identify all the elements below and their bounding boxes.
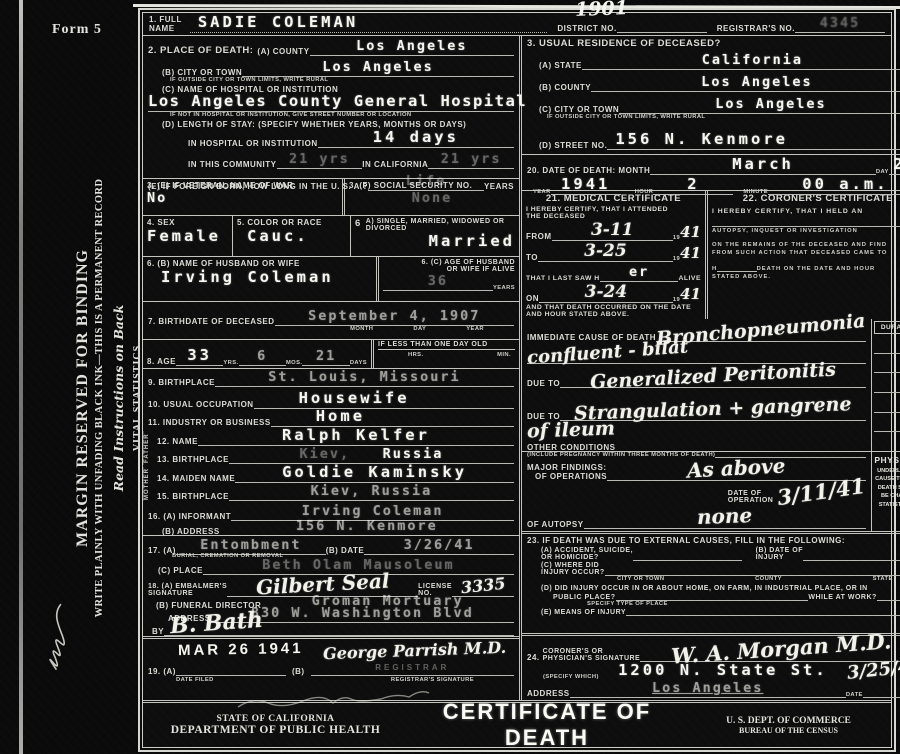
informant-section: 16. (A) INFORMANT Irving Coleman (B) ADD… — [143, 503, 519, 535]
pod-stay3-label: IN CALIFORNIA — [362, 160, 428, 169]
spouse-value: Irving Coleman — [147, 268, 372, 286]
disposition-date-label: (B) DATE — [326, 546, 365, 555]
external-b2: INJURY — [756, 554, 803, 561]
dod-year-line: 1941 — [551, 177, 621, 195]
external-d1: (D) DID INJURY OCCUR IN OR ABOUT HOME, O… — [527, 585, 900, 592]
birthplace-line: St. Louis, Missouri — [215, 369, 514, 387]
license-value: 3335 — [460, 576, 506, 597]
father-bp-value2: Russia — [383, 446, 444, 462]
sig24-addr2: Los Angeles — [652, 680, 763, 696]
external-d3: WHILE AT WORK? — [808, 594, 876, 601]
pod-title: 2. PLACE OF DEATH: — [148, 45, 253, 56]
dod-hour: 2 — [687, 175, 699, 193]
medical-to-label: TO — [526, 253, 538, 262]
embalmer-label1: 18. (A) EMBALMER'S — [148, 583, 227, 590]
age-yrs-label: YRS. — [223, 360, 238, 366]
residence-county-label: (B) COUNTY — [539, 83, 591, 92]
signature24-section: 24. CORONER'S OR PHYSICIAN'S SIGNATURE W… — [522, 633, 900, 700]
residence-state-value: California — [702, 52, 803, 68]
disposition-value: Entombment — [200, 537, 301, 553]
dod-hour-line: 2 — [653, 177, 733, 195]
medical-saw-line: er — [600, 264, 679, 282]
cause-of-death-section: DURATION IMMEDIATE CAUSE OF DEATH Bronch… — [522, 319, 900, 451]
full-name-label: 1. FULL NAME — [149, 15, 182, 33]
medical-line1: I HEREBY CERTIFY, THAT I ATTENDED — [526, 206, 701, 213]
father-bp-line: Kiev, Russia — [229, 446, 514, 464]
residence-section: 3. USUAL RESIDENCE OF DECEASED? (A) STAT… — [522, 36, 900, 154]
informant-addr-line: 156 N. Kenmore — [220, 518, 514, 536]
spouse-age-suffix: YEARS — [493, 285, 515, 291]
medical-on-yr: 41 — [680, 285, 701, 303]
footer-dept: DEPARTMENT OF PUBLIC HEALTH — [143, 724, 408, 736]
embalmer-label2: SIGNATURE — [148, 590, 227, 597]
margin-line-3: Read Instructions on Back — [111, 38, 126, 754]
medical-certificate: 21. MEDICAL CERTIFICATE I HEREBY CERTIFY… — [522, 191, 708, 319]
due2-value: Strangulation + gangrene — [574, 395, 852, 424]
registrar-sig-sublabel: REGISTRAR'S SIGNATURE — [391, 677, 474, 683]
spouse-age-label2: OR WIFE IF ALIVE — [383, 266, 515, 273]
date-filed-stamp: MAR 26 1941 — [178, 640, 304, 659]
mother-birthplace-row: 15. BIRTHPLACE Kiev, Russia — [157, 485, 519, 503]
right-column: 3. USUAL RESIDENCE OF DECEASED? (A) STAT… — [522, 36, 900, 700]
dod-label: 20. DATE OF DEATH: MONTH — [527, 166, 650, 175]
spouse-label: 6. (B) NAME OF HUSBAND OR WIFE — [147, 259, 372, 268]
residence-street-value: 156 N. Kenmore — [615, 130, 788, 148]
sig24-addr2-line: Los Angeles — [570, 680, 846, 698]
spouse-age-line: 36 — [383, 273, 493, 291]
dod-month: March — [732, 155, 794, 173]
findings-section: PHYSICIAN UNDERLINE THE CAUSE TO WHICH D… — [522, 451, 900, 531]
medical-saw-label2: ALIVE — [678, 275, 701, 282]
pod-stay3-value: 21 yrs — [441, 151, 502, 167]
duration-header: DURATION — [874, 321, 900, 334]
occupation-value: Housewife — [299, 389, 410, 407]
informant-addr-value: 156 N. Kenmore — [296, 518, 438, 534]
age-yrs: 33 — [187, 346, 212, 364]
registrar-no-field: REGISTRAR'S NO. 4345 — [717, 14, 885, 33]
mother-bp-label: 15. BIRTHPLACE — [157, 492, 229, 501]
external-title: 23. IF DEATH WAS DUE TO EXTERNAL CAUSES,… — [527, 536, 900, 545]
medical-line4: AND HOUR STATED ABOVE. — [526, 311, 701, 318]
age-mos-label: MOS. — [286, 360, 302, 366]
occupation-label: 10. USUAL OCCUPATION — [148, 400, 254, 409]
film-edge — [19, 0, 23, 754]
coroner-line3: ON THE REMAINS OF THE DECEASED AND FIND — [712, 242, 900, 248]
occupation-line: Housewife — [254, 391, 514, 409]
birthdate-sub-day: DAY — [413, 326, 426, 332]
residence-city-note: IF OUTSIDE CITY OR TOWN LIMITS, WRITE RU… — [527, 114, 900, 120]
filed-n: 19. (A) — [148, 667, 176, 676]
external-work-line — [877, 599, 900, 601]
marital-value: Married — [355, 232, 515, 250]
registrar-no-value: 4345 — [820, 15, 861, 31]
age-under-day-box: IF LESS THAN ONE DAY OLD HRS. MIN. — [371, 340, 519, 368]
external-d-note: SPECIFY TYPE OF PLACE — [527, 601, 900, 607]
pod-county-line: Los Angeles — [310, 38, 514, 56]
sex-label: 4. SEX — [147, 218, 228, 227]
pod-stay2-label: IN THIS COMMUNITY — [188, 160, 277, 169]
certificates-row: 21. MEDICAL CERTIFICATE I HEREBY CERTIFY… — [522, 190, 900, 319]
mother-name-value: Goldie Kaminsky — [282, 463, 467, 481]
birthdate-section: 7. BIRTHDATE OF DECEASED September 4, 19… — [143, 301, 519, 339]
disposition-date-value: 3/26/41 — [404, 537, 475, 553]
pod-foreign-value: Life — [406, 173, 447, 189]
medical-from-label: FROM — [526, 232, 552, 241]
registrar-no-line: 4345 — [795, 14, 885, 33]
residence-city-value: Los Angeles — [715, 96, 826, 112]
age-field: 8. AGE 33 YRS. 6 MOS. 21 DAYS — [143, 340, 371, 368]
industry-line: Home — [271, 409, 514, 427]
race-value: Cauc. — [237, 227, 346, 245]
industry-label: 11. INDUSTRY OR BUSINESS — [148, 418, 271, 427]
district-no-field: DISTRICT NO. 1901 — [557, 24, 706, 33]
scanned-death-certificate: Form 5 MARGIN RESERVED FOR BINDING WRITE… — [0, 0, 900, 754]
external-a1: (A) ACCIDENT, SUICIDE, — [541, 547, 633, 554]
physician-note: UNDERLINE THE CAUSE TO WHICH DEATH SHOUL… — [874, 467, 900, 509]
sig24-n: 24. — [527, 653, 540, 662]
age-days: 21 — [316, 348, 336, 364]
sig24-date-label: DATE — [846, 692, 863, 698]
dod-day-line: 25 — [889, 157, 900, 175]
pod-stay2-value: 21 yrs — [289, 151, 350, 167]
disposition-date-line: 3/26/41 — [364, 537, 514, 555]
father-name-value: Ralph Kelfer — [282, 426, 430, 444]
informant-value: Irving Coleman — [302, 503, 444, 519]
pod-hospital-value: Los Angeles County General Hospital — [148, 92, 527, 110]
spouse-row: 6. (B) NAME OF HUSBAND OR WIFE Irving Co… — [143, 256, 519, 301]
form-columns: 2. PLACE OF DEATH: (A) COUNTY Los Angele… — [143, 35, 891, 700]
footer-right: U. S. DEPT. OF COMMERCE BUREAU OF THE CE… — [686, 716, 891, 735]
margin-line-2: WRITE PLAINLY WITH UNFADING BLACK INK—TH… — [94, 38, 105, 754]
by-label: BY — [148, 627, 164, 636]
birthdate-value: September 4, 1907 — [308, 308, 480, 324]
due1-line: Generalized Peritonitis — [560, 367, 866, 388]
operations-label: OF OPERATIONS — [527, 472, 607, 481]
pod-stay1-value: 14 days — [373, 128, 459, 146]
age-yrs-line: 33 — [176, 348, 223, 366]
coroner-h-line — [717, 270, 757, 272]
autopsy-line: none — [584, 506, 866, 529]
marital-field: 6 A) SINGLE, MARRIED, WIDOWED OR DIVORCE… — [351, 216, 519, 256]
coroner-certificate: 22. CORONER'S CERTIFICATE I HEREBY CERTI… — [708, 191, 900, 319]
external-b-line — [803, 559, 900, 561]
certificate-form: 1. FULL NAME SADIE COLEMAN DISTRICT NO. … — [138, 8, 896, 752]
marital-label2: A) SINGLE, MARRIED, WIDOWED OR — [366, 218, 505, 225]
external-b1: (B) DATE OF — [756, 547, 803, 554]
autopsy-value: none — [697, 505, 753, 527]
pod-county-value: Los Angeles — [356, 38, 467, 54]
residence-street-line: 156 N. Kenmore — [607, 132, 900, 150]
coroner-line1: I HEREBY CERTIFY, THAT I HELD AN — [712, 208, 900, 215]
marital-n: 6 — [355, 218, 361, 232]
left-column: 2. PLACE OF DEATH: (A) COUNTY Los Angele… — [143, 36, 522, 700]
pod-stay-label: (D) LENGTH OF STAY: (SPECIFY WHETHER YEA… — [148, 120, 514, 129]
footer-signature-squiggle — [233, 689, 453, 715]
medical-from-line: 3-11 — [552, 222, 673, 241]
residence-state-label: (A) STATE — [539, 61, 582, 70]
autopsy-label: OF AUTOPSY — [527, 520, 584, 529]
footer-left: STATE OF CALIFORNIA DEPARTMENT OF PUBLIC… — [143, 714, 408, 736]
immediate-cause-value2: confluent - bilat — [527, 338, 689, 367]
medical-on-label: ON — [526, 294, 539, 303]
external-e: (E) MEANS OF INJURY — [541, 609, 626, 616]
full-name-label-1: 1. FULL — [149, 15, 182, 24]
pod-stay1-label: IN HOSPITAL OR INSTITUTION — [188, 139, 318, 148]
age-mos: 6 — [257, 348, 267, 364]
medical-from-yr: 41 — [680, 223, 701, 241]
father-group-label: FATHER — [143, 431, 155, 465]
medical-to-line: 3-25 — [538, 243, 673, 262]
age-days-line: 21 — [302, 348, 349, 366]
dod-month-line: March — [650, 157, 876, 175]
spouse-age-value: 36 — [428, 273, 448, 289]
sig24-date-line — [863, 696, 900, 698]
medical-to-yr: 41 — [680, 244, 701, 262]
physician-box: PHYSICIAN UNDERLINE THE CAUSE TO WHICH D… — [871, 452, 900, 531]
footer-commerce: U. S. DEPT. OF COMMERCE — [686, 716, 891, 726]
age-label: 8. AGE — [147, 357, 176, 366]
findings-label: MAJOR FINDINGS: — [527, 463, 607, 472]
marital-label3: DIVORCED — [366, 225, 505, 232]
father-bp-value1: Kiev, — [300, 446, 351, 462]
district-no-line: 1901 — [617, 32, 707, 33]
medical-from-value: 3-11 — [591, 220, 634, 240]
age-mos-line: 6 — [239, 348, 286, 366]
coroner-line4: FROM SUCH ACTION THAT DECEASED CAME TO — [712, 250, 900, 256]
sig24-addr1-line: 1200 N. State St. — [599, 663, 847, 680]
medical-saw-fill: er — [629, 264, 649, 280]
age-days-label: DAYS — [350, 360, 367, 366]
mother-group-label: MOTHER — [143, 467, 155, 501]
external-c2: INJURY OCCUR? — [541, 569, 605, 576]
sex-field: 4. SEX Female — [143, 216, 233, 256]
spouse-field: 6. (B) NAME OF HUSBAND OR WIFE Irving Co… — [143, 257, 376, 301]
dod-minute-line: 00 a.m. — [768, 177, 900, 195]
pod-city-label: (B) CITY OR TOWN — [162, 68, 242, 77]
operations-value: As above — [687, 455, 786, 480]
district-no-value: 1901 — [575, 0, 629, 21]
full-name-line: SADIE COLEMAN — [190, 13, 548, 33]
date-filed-sublabel: DATE FILED — [176, 677, 214, 683]
full-name-row: 1. FULL NAME SADIE COLEMAN DISTRICT NO. … — [143, 13, 891, 35]
mother-bp-line: Kiev, Russia — [229, 483, 514, 501]
external-c1: (C) WHERE DID — [541, 562, 605, 569]
fd-addr-value: 830 W. Washington Blvd — [251, 605, 474, 621]
pod-stay2-line: 21 yrs — [277, 151, 363, 169]
age-min-label: MIN. — [497, 352, 511, 358]
veteran-value: No — [147, 190, 338, 206]
external-causes-section: 23. IF DEATH WAS DUE TO EXTERNAL CAUSES,… — [522, 531, 900, 633]
filed-b-label: (B) — [292, 667, 305, 676]
footer-census: BUREAU OF THE CENSUS — [686, 726, 891, 735]
coroner-fill-line — [712, 225, 900, 227]
medical-to-value: 3-25 — [584, 241, 627, 261]
registrar-no-label: REGISTRAR'S NO. — [717, 24, 795, 33]
by-signature: B. Bath — [169, 609, 263, 637]
residence-state-line: California — [582, 52, 900, 70]
pod-foreign-line: Life — [368, 173, 484, 191]
external-a2: OR HOMICIDE? — [541, 554, 633, 561]
father-bp-label: 13. BIRTHPLACE — [157, 455, 229, 464]
coroner-line5b: DEATH ON THE DATE AND HOUR — [757, 266, 876, 272]
age-row: 8. AGE 33 YRS. 6 MOS. 21 DAYS IF LESS TH… — [143, 339, 519, 368]
dod-year-label: YEAR — [527, 189, 551, 195]
birthplace-row: 9. BIRTHPLACE St. Louis, Missouri — [143, 368, 519, 389]
binding-margin: Form 5 MARGIN RESERVED FOR BINDING WRITE… — [24, 8, 136, 750]
age-hrs-label: HRS. — [408, 352, 423, 358]
external-e-line — [626, 614, 900, 616]
disposition-section: 17. (A) Entombment (B) DATE 3/26/41 BURI… — [143, 535, 519, 575]
race-field: 5. COLOR OR RACE Cauc. — [233, 216, 351, 256]
residence-street-label: (D) STREET NO. — [539, 141, 607, 150]
father-name-label: 12. NAME — [157, 437, 198, 446]
external-c-note1: CITY OR TOWN — [617, 576, 664, 582]
footer-state: STATE OF CALIFORNIA — [143, 714, 408, 724]
pod-county-label: (A) COUNTY — [257, 47, 309, 56]
mother-name-label: 14. MAIDEN NAME — [157, 474, 235, 483]
pod-city-note: IF OUTSIDE CITY OR TOWN LIMITS, WRITE RU… — [148, 77, 514, 83]
district-no-label: DISTRICT NO. — [557, 24, 616, 33]
residence-city-line: Los Angeles — [619, 96, 900, 114]
opdate-label1: DATE OF — [728, 490, 774, 497]
residence-city-label: (C) CITY OR TOWN — [539, 105, 619, 114]
mother-name-line: Goldie Kaminsky — [235, 465, 514, 483]
license-label1: LICENSE — [418, 583, 452, 590]
residence-county-line: Los Angeles — [591, 74, 900, 92]
date-of-death-section: 20. DATE OF DEATH: MONTH March DAY 25 YE… — [522, 154, 900, 190]
mother-bp-value: Kiev, Russia — [311, 483, 433, 499]
registrar-stamp: REGISTRAR — [375, 663, 449, 672]
filed-date-line — [176, 674, 286, 676]
birthplace-value: St. Louis, Missouri — [268, 369, 460, 385]
form-number: Form 5 — [52, 22, 102, 38]
pod-foreign-label: (E) IF FOREIGN BORN, HOW LONG IN THE U. … — [148, 182, 368, 191]
father-name-line: Ralph Kelfer — [198, 428, 514, 446]
birthdate-sub-year: YEAR — [466, 326, 484, 332]
sig24-line: W. A. Morgan M.D. — [640, 638, 900, 662]
birthplace-label: 9. BIRTHPLACE — [148, 378, 215, 387]
coroner-line6: STATED ABOVE. — [712, 274, 900, 280]
medical-line3: AND THAT DEATH OCCURRED ON THE DATE — [526, 304, 701, 311]
external-d2: PUBLIC PLACE? — [553, 594, 616, 601]
sex-value: Female — [147, 227, 228, 245]
medical-on-value: 3-24 — [585, 282, 628, 302]
full-name-label-2: NAME — [149, 24, 182, 33]
ssn-value: None — [349, 190, 515, 206]
due2-value2: of ileum — [527, 419, 616, 441]
full-name-value: SADIE COLEMAN — [198, 13, 358, 31]
dod-hour-label: HOUR — [635, 189, 654, 195]
spouse-age-field: 6. (C) AGE OF HUSBAND OR WIFE IF ALIVE 3… — [376, 257, 519, 301]
external-a-line — [633, 559, 742, 561]
pod-hospital-note: IF NOT IN HOSPITAL OR INSTITUTION, GIVE … — [148, 112, 514, 118]
birthdate-line: September 4, 1907 — [275, 308, 514, 326]
due1-value: Generalized Peritonitis — [590, 361, 837, 393]
pod-stay3-line: 21 yrs — [428, 151, 514, 169]
dod-minute: 00 a.m. — [802, 175, 888, 193]
coroner-line2: AUTOPSY, INQUEST OR INVESTIGATION — [712, 228, 900, 234]
medical-on-line: 3-24 — [539, 284, 673, 303]
disposition-place-label: (C) PLACE — [148, 566, 203, 575]
residence-title: 3. USUAL RESIDENCE OF DECEASED? — [527, 38, 900, 49]
due2-line2: of ileum — [527, 421, 866, 441]
spouse-age-label: 6. (C) AGE OF HUSBAND — [383, 259, 515, 266]
medical-line2: THE DECEASED — [526, 213, 701, 220]
birthdate-sub-month: MONTH — [350, 326, 373, 332]
embalmer-section: 18. (A) EMBALMER'S SIGNATURE Gilbert Sea… — [143, 575, 519, 636]
duration-column: DURATION — [871, 319, 900, 451]
place-of-death-section: 2. PLACE OF DEATH: (A) COUNTY Los Angele… — [143, 36, 519, 178]
pod-hospital-valueline: Los Angeles County General Hospital — [148, 94, 514, 112]
pod-city-line: Los Angeles — [242, 59, 514, 77]
pod-city-value: Los Angeles — [322, 59, 433, 75]
residence-county-value: Los Angeles — [701, 74, 812, 90]
sig24-addr-label: ADDRESS — [527, 689, 570, 698]
sig24-label1: CORONER'S OR — [543, 648, 641, 655]
dod-day: 25 — [893, 155, 900, 173]
dod-year: 1941 — [561, 175, 610, 193]
sex-race-marital-row: 4. SEX Female 5. COLOR OR RACE Cauc. 6 A… — [143, 215, 519, 256]
pod-stay1-line: 14 days — [318, 130, 514, 148]
dod-minute-label: MINUTE — [743, 189, 768, 195]
due1-label: DUE TO — [527, 379, 560, 388]
footer-band: STATE OF CALIFORNIA DEPARTMENT OF PUBLIC… — [143, 700, 891, 747]
industry-value: Home — [316, 407, 365, 425]
external-c-note2: COUNTY — [755, 576, 782, 582]
race-label: 5. COLOR OR RACE — [237, 218, 346, 227]
age-box-label: IF LESS THAN ONE DAY OLD — [378, 341, 515, 350]
duration-lines — [872, 334, 900, 451]
medical-saw-label1: THAT I LAST SAW H — [526, 275, 600, 282]
parents-block: FATHER MOTHER 12. NAME Ralph Kelfer 13. … — [143, 429, 519, 503]
external-c-note3: STATE — [873, 576, 893, 582]
birthdate-label: 7. BIRTHDATE OF DECEASED — [148, 317, 275, 326]
physician-title: PHYSICIAN — [874, 455, 900, 465]
